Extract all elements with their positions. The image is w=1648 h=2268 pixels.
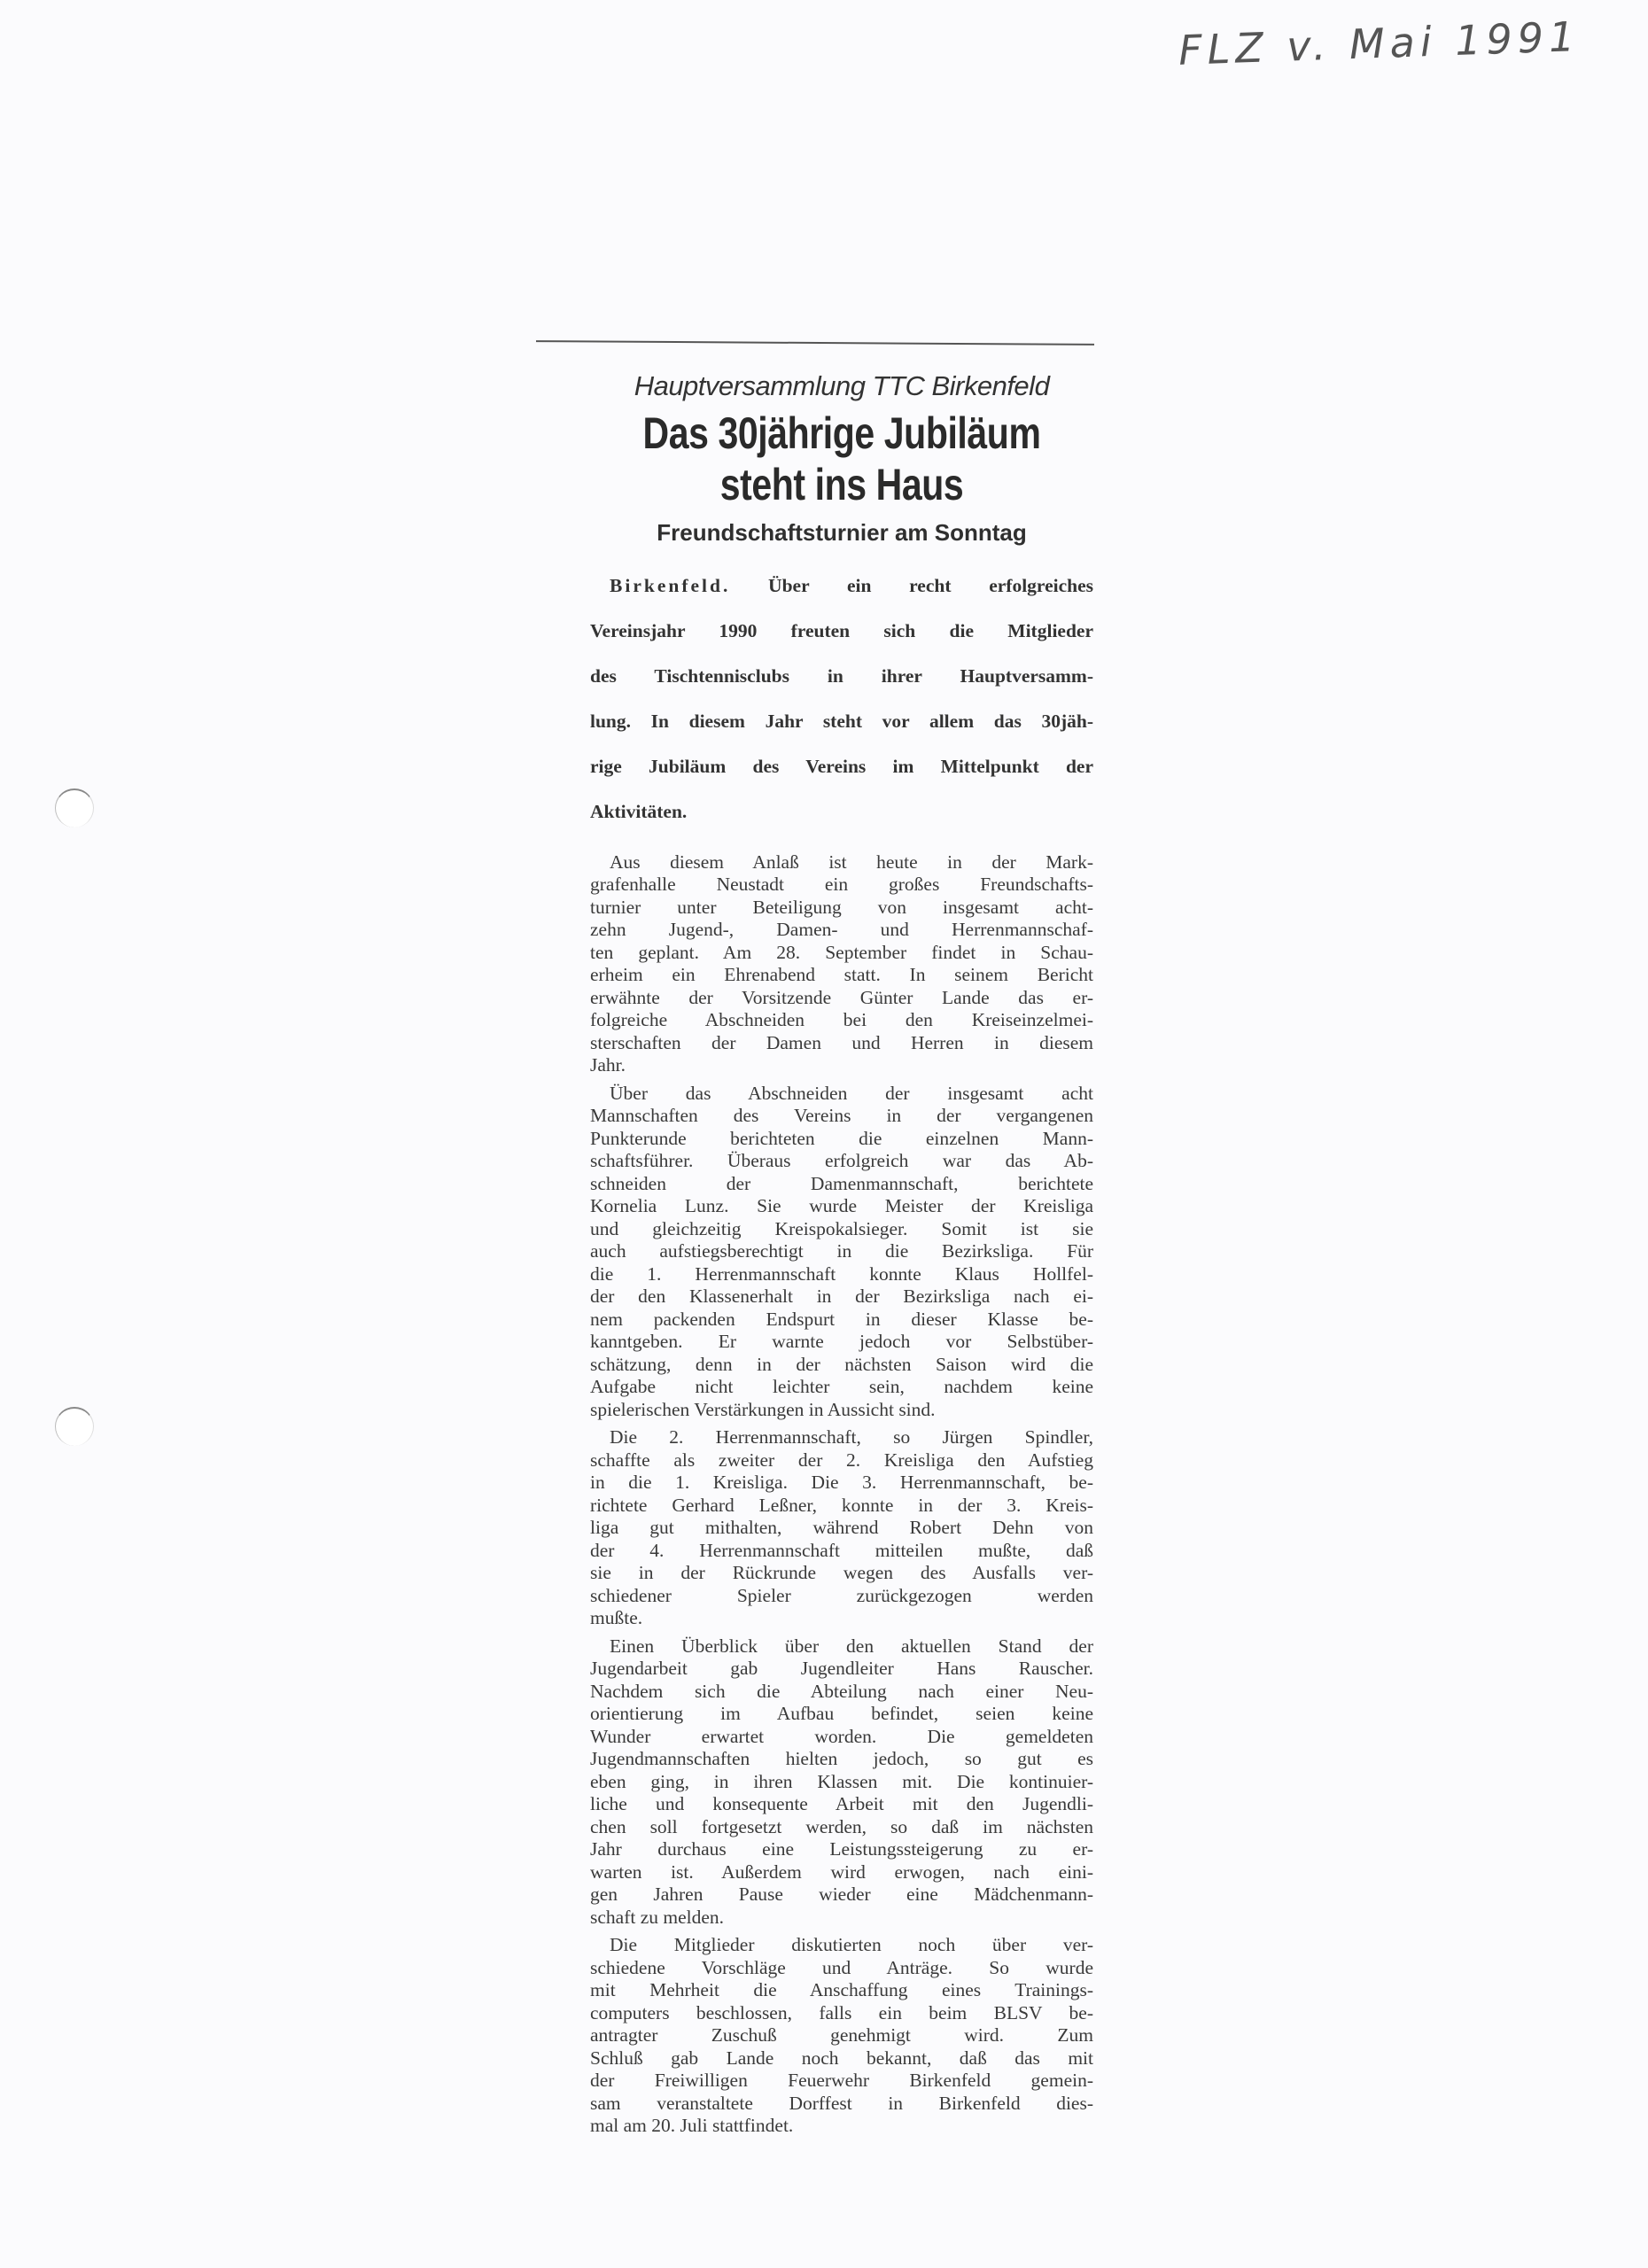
clipping-top-rule [536, 340, 1094, 346]
paragraph-line: kanntgeben. Er warnte jedoch vor Selbstü… [590, 1331, 1093, 1354]
headline-line: Das 30jährige Jubiläum [635, 408, 1048, 459]
lead-line: Birkenfeld. Über ein recht erfolgreiches [590, 575, 1093, 598]
paragraph-line: mal am 20. Juli stattfindet. [590, 2115, 1093, 2138]
paragraph-line: Jugendarbeit gab Jugendleiter Hans Rausc… [590, 1658, 1093, 1681]
paragraph-line: schätzung, denn in der nächsten Saison w… [590, 1354, 1093, 1377]
paragraph-line: sterschaften der Damen und Herren in die… [590, 1032, 1093, 1055]
paragraph-line: der den Klassenerhalt in der Bezirksliga… [590, 1285, 1093, 1309]
article-paragraph: Über das Abschneiden der insgesamt achtM… [590, 1083, 1093, 1422]
article-kicker: Hauptversammlung TTC Birkenfeld [590, 370, 1093, 402]
article-paragraph: Die Mitglieder diskutierten noch über ve… [590, 1934, 1093, 2138]
paragraph-line: Jugendmannschaften hielten jedoch, so gu… [590, 1748, 1093, 1771]
paragraph-line: schaftsführer. Überaus erfolgreich war d… [590, 1150, 1093, 1173]
paragraph-line: gen Jahren Pause wieder eine Mädchenmann… [590, 1884, 1093, 1907]
article-subheadline: Freundschaftsturnier am Sonntag [590, 519, 1093, 547]
headline-line: steht ins Haus [635, 459, 1048, 510]
paragraph-line: schaft zu melden. [590, 1907, 1093, 1930]
paragraph-line: Aus diesem Anlaß ist heute in der Mark- [590, 851, 1093, 874]
article-paragraph: Die 2. Herrenmannschaft, so Jürgen Spind… [590, 1426, 1093, 1630]
punch-hole-icon [55, 1407, 94, 1446]
paragraph-line: nem packenden Endspurt in dieser Klasse … [590, 1309, 1093, 1332]
paragraph-line: Wunder erwartet worden. Die gemeldeten [590, 1726, 1093, 1749]
article-lead: Birkenfeld. Über ein recht erfolgreiches… [590, 552, 1093, 846]
paragraph-line: erheim ein Ehrenabend statt. In seinem B… [590, 964, 1093, 987]
paragraph-line: sam veranstaltete Dorffest in Birkenfeld… [590, 2093, 1093, 2116]
paragraph-line: Über das Abschneiden der insgesamt acht [590, 1083, 1093, 1106]
punch-hole-icon [55, 788, 94, 827]
paragraph-line: Die Mitglieder diskutierten noch über ve… [590, 1934, 1093, 1957]
handwritten-source-note: FLZ v. Mai 1991 [1178, 12, 1581, 74]
lead-line: Vereinsjahr 1990 freuten sich die Mitgli… [590, 620, 1093, 643]
paragraph-line: chen soll fortgesetzt werden, so daß im … [590, 1816, 1093, 1839]
paragraph-line: liga gut mithalten, während Robert Dehn … [590, 1517, 1093, 1540]
paragraph-line: schneiden der Damenmannschaft, berichtet… [590, 1173, 1093, 1196]
paragraph-line: antragter Zuschuß genehmigt wird. Zum [590, 2024, 1093, 2047]
paragraph-line: der 4. Herrenmannschaft mitteilen mußte,… [590, 1540, 1093, 1563]
paragraph-line: mit Mehrheit die Anschaffung eines Train… [590, 1979, 1093, 2002]
newspaper-clipping: Hauptversammlung TTC Birkenfeld Das 30jä… [590, 370, 1093, 2138]
paragraph-line: Schluß gab Lande noch bekannt, daß das m… [590, 2047, 1093, 2070]
paragraph-line: liche und konsequente Arbeit mit den Jug… [590, 1793, 1093, 1816]
article-paragraph: Aus diesem Anlaß ist heute in der Mark-g… [590, 851, 1093, 1077]
paragraph-line: richtete Gerhard Leßner, konnte in der 3… [590, 1495, 1093, 1518]
paragraph-line: orientierung im Aufbau befindet, seien k… [590, 1703, 1093, 1726]
paragraph-line: Aufgabe nicht leichter sein, nachdem kei… [590, 1376, 1093, 1399]
paragraph-line: die 1. Herrenmannschaft konnte Klaus Hol… [590, 1263, 1093, 1286]
paragraph-line: folgreiche Abschneiden bei den Kreiseinz… [590, 1009, 1093, 1032]
paragraph-line: Nachdem sich die Abteilung nach einer Ne… [590, 1681, 1093, 1704]
dateline: Birkenfeld. [610, 575, 730, 596]
lead-line: des Tischtennisclubs in ihrer Hauptversa… [590, 665, 1093, 688]
paragraph-line: erwähnte der Vorsitzende Günter Lande da… [590, 987, 1093, 1010]
paragraph-line: Mannschaften des Vereins in der vergange… [590, 1105, 1093, 1128]
paragraph-line: eben ging, in ihren Klassen mit. Die kon… [590, 1771, 1093, 1794]
paragraph-line: und gleichzeitig Kreispokalsieger. Somit… [590, 1218, 1093, 1241]
paragraph-line: computers beschlossen, falls ein beim BL… [590, 2002, 1093, 2025]
paragraph-line: grafenhalle Neustadt ein großes Freundsc… [590, 874, 1093, 897]
article-headline: Das 30jährige Jubiläum steht ins Haus [635, 408, 1048, 510]
lead-line: lung. In diesem Jahr steht vor allem das… [590, 711, 1093, 734]
article-paragraph: Einen Überblick über den aktuellen Stand… [590, 1635, 1093, 1930]
lead-line: rige Jubiläum des Vereins im Mittelpunkt… [590, 756, 1093, 779]
paragraph-line: schiedene Vorschläge und Anträge. So wur… [590, 1957, 1093, 1980]
lead-line: Aktivitäten. [590, 801, 1093, 824]
lead-line-text: Über ein recht erfolgreiches [730, 575, 1093, 596]
paragraph-line: Jahr durchaus eine Leistungssteigerung z… [590, 1838, 1093, 1861]
paragraph-line: spielerischen Verstärkungen in Aussicht … [590, 1399, 1093, 1422]
paragraph-line: der Freiwilligen Feuerwehr Birkenfeld ge… [590, 2070, 1093, 2093]
paragraph-line: turnier unter Beteiligung von insgesamt … [590, 897, 1093, 920]
paragraph-line: auch aufstiegsberechtigt in die Bezirksl… [590, 1240, 1093, 1263]
paragraph-line: schaffte als zweiter der 2. Kreisliga de… [590, 1449, 1093, 1472]
paragraph-line: mußte. [590, 1607, 1093, 1630]
paragraph-line: Einen Überblick über den aktuellen Stand… [590, 1635, 1093, 1658]
paragraph-line: Punkterunde berichteten die einzelnen Ma… [590, 1128, 1093, 1151]
paragraph-line: sie in der Rückrunde wegen des Ausfalls … [590, 1562, 1093, 1585]
article-body: Aus diesem Anlaß ist heute in der Mark-g… [590, 851, 1093, 2138]
paragraph-line: zehn Jugend-, Damen- und Herrenmannschaf… [590, 919, 1093, 942]
paragraph-line: Kornelia Lunz. Sie wurde Meister der Kre… [590, 1195, 1093, 1218]
paragraph-line: warten ist. Außerdem wird erwogen, nach … [590, 1861, 1093, 1884]
paragraph-line: Jahr. [590, 1054, 1093, 1077]
paragraph-line: in die 1. Kreisliga. Die 3. Herrenmannsc… [590, 1472, 1093, 1495]
paragraph-line: schiedener Spieler zurückgezogen werden [590, 1585, 1093, 1608]
paragraph-line: ten geplant. Am 28. September findet in … [590, 942, 1093, 965]
paragraph-line: Die 2. Herrenmannschaft, so Jürgen Spind… [590, 1426, 1093, 1449]
